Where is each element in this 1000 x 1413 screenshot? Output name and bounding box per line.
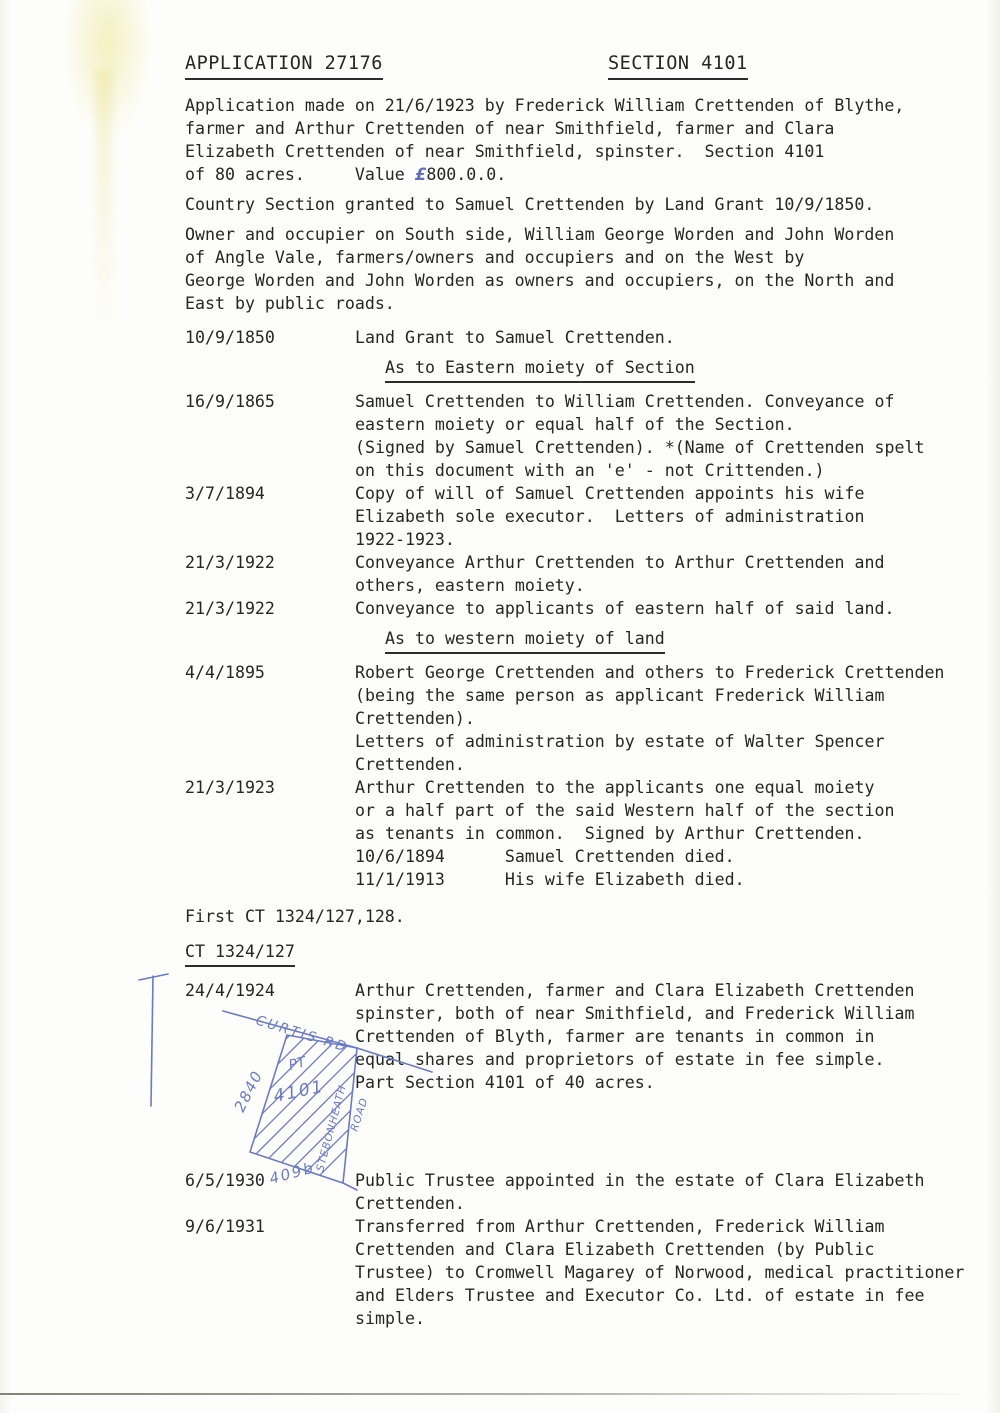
value-line-post: 800.0.0. (426, 165, 506, 184)
value-line-pre: of 80 acres. Value (185, 165, 415, 184)
entry-date: 21/3/1922 (185, 597, 355, 620)
highlighter-streak (96, 70, 112, 340)
ledger-entry: 16/9/1865 Samuel Crettenden to William C… (185, 390, 985, 482)
ledger-entry: 6/5/1930 Public Trustee appointed in the… (185, 1169, 985, 1215)
entry-text: Conveyance to applicants of eastern half… (355, 597, 985, 620)
ct-heading: CT 1324/127 (185, 940, 985, 967)
ledger-entry: 4/4/1895 Robert George Crettenden and ot… (185, 661, 985, 776)
value-line: of 80 acres. Value £800.0.0. (185, 163, 985, 186)
ledger-entry: 21/3/1923 Arthur Crettenden to the appli… (185, 776, 985, 891)
ledger-entry: 9/6/1931 Transferred from Arthur Cretten… (185, 1215, 985, 1330)
entry-text: Copy of will of Samuel Crettenden appoin… (355, 482, 985, 551)
entry-text: Robert George Crettenden and others to F… (355, 661, 985, 776)
ledger-entry: 21/3/1922 Conveyance Arthur Crettenden t… (185, 551, 985, 597)
entry-text: Land Grant to Samuel Crettenden. (355, 326, 985, 349)
entry-text: Arthur Crettenden, farmer and Clara Eliz… (355, 979, 985, 1094)
document-header: APPLICATION 27176 SECTION 4101 (185, 52, 985, 82)
entry-date: 21/3/1923 (185, 776, 355, 891)
entry-date: 16/9/1865 (185, 390, 355, 482)
entry-date: 3/7/1894 (185, 482, 355, 551)
entry-date: 10/9/1850 (185, 326, 355, 349)
owners-paragraph: Owner and occupier on South side, Willia… (185, 223, 985, 315)
entry-text: Transferred from Arthur Crettenden, Fred… (355, 1215, 985, 1330)
north-arrow (139, 974, 168, 1106)
ledger-entry: 21/3/1922 Conveyance to applicants of ea… (185, 597, 985, 620)
eastern-moiety-heading: As to Eastern moiety of Section (385, 356, 985, 383)
application-number-title: APPLICATION 27176 (185, 52, 383, 80)
scan-edge-line (0, 1393, 1000, 1395)
entry-text: Arthur Crettenden to the applicants one … (355, 776, 985, 891)
application-paragraph: Application made on 21/6/1923 by Frederi… (185, 94, 985, 186)
ledger-entry: 24/4/1924 Arthur Crettenden, farmer and … (185, 979, 985, 1094)
sketch-spacer (185, 1094, 985, 1169)
ledger-entry: 3/7/1894 Copy of will of Samuel Crettend… (185, 482, 985, 551)
ledger-entry-land-grant: 10/9/1850 Land Grant to Samuel Crettende… (185, 326, 985, 349)
entry-date: 6/5/1930 (185, 1169, 355, 1215)
document-body: APPLICATION 27176 SECTION 4101 Applicati… (185, 52, 985, 1330)
land-grant-paragraph: Country Section granted to Samuel Crette… (185, 193, 985, 216)
entry-text: Public Trustee appointed in the estate o… (355, 1169, 985, 1215)
entry-date: 4/4/1895 (185, 661, 355, 776)
entry-date: 9/6/1931 (185, 1215, 355, 1330)
entry-text: Samuel Crettenden to William Crettenden.… (355, 390, 985, 482)
handwritten-pound-symbol: £ (415, 165, 427, 184)
entry-date: 24/4/1924 (185, 979, 355, 1094)
scanned-document-page: APPLICATION 27176 SECTION 4101 Applicati… (0, 0, 1000, 1413)
western-moiety-heading: As to western moiety of land (385, 627, 985, 654)
entry-text: Conveyance Arthur Crettenden to Arthur C… (355, 551, 985, 597)
application-paragraph-lines: Application made on 21/6/1923 by Frederi… (185, 94, 985, 163)
first-ct-line: First CT 1324/127,128. (185, 905, 985, 928)
section-number-title: SECTION 4101 (608, 52, 748, 80)
entry-date: 21/3/1922 (185, 551, 355, 597)
